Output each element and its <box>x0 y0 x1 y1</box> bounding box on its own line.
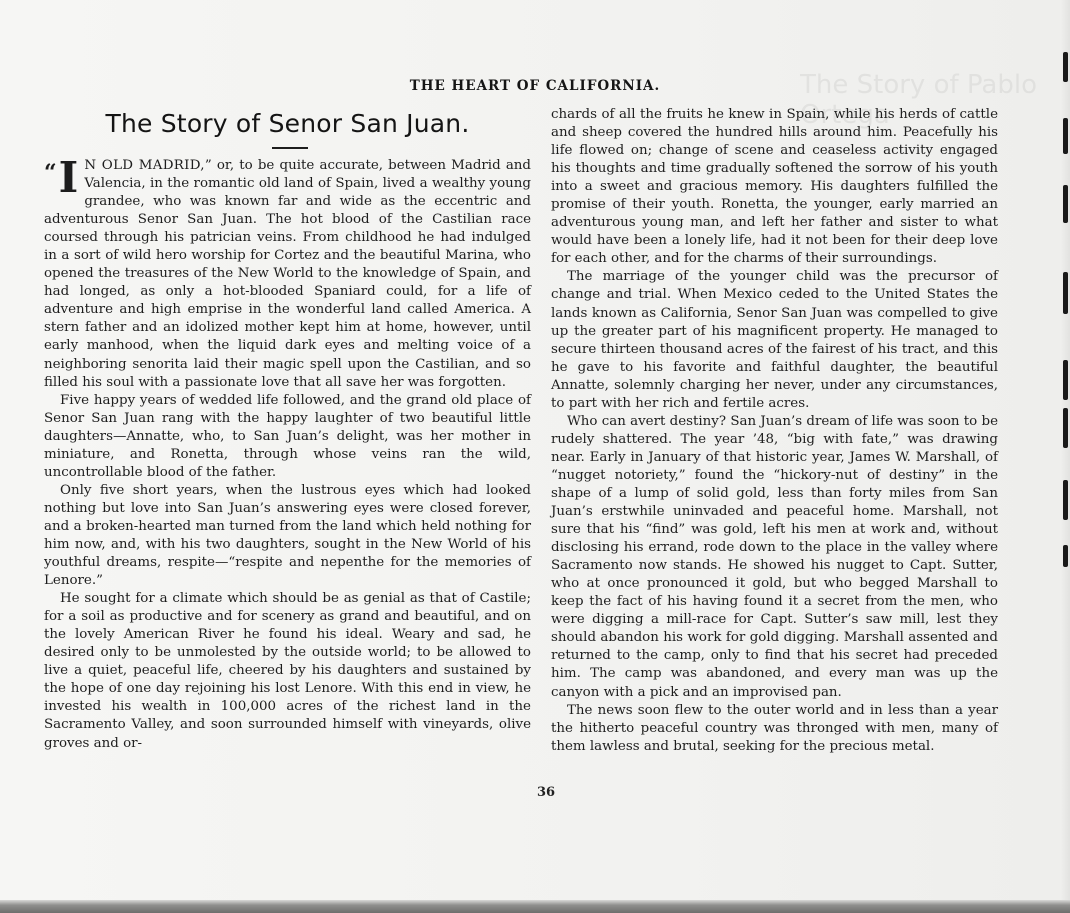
page-bottom-edge <box>0 900 1070 913</box>
page-number: 36 <box>0 785 1070 800</box>
binding-mark <box>1063 480 1068 520</box>
running-head: THE HEART OF CALIFORNIA. <box>0 78 1070 94</box>
book-page: The Story of Pablo Ortega THE HEART OF C… <box>0 0 1070 900</box>
binding-mark <box>1063 185 1068 223</box>
drop-cap: I <box>59 158 79 198</box>
paragraph: Five happy years of wedded life followed… <box>44 392 531 482</box>
paragraph: He sought for a climate which should be … <box>44 590 531 752</box>
binding-mark <box>1063 545 1068 567</box>
lead-caps: N OLD MADRID, <box>84 158 205 173</box>
binding-mark <box>1063 408 1068 448</box>
binding-mark <box>1063 118 1068 154</box>
article-title: The Story of Senor San Juan. <box>44 108 531 140</box>
open-quote-mark: “ <box>44 162 57 184</box>
paragraph-continuation: chards of all the fruits he knew in Spai… <box>551 106 998 268</box>
opening-text: ” or, to be quite accurate, between Madr… <box>44 158 531 390</box>
opening-paragraph: “ I N OLD MADRID,” or, to be quite accur… <box>44 157 531 392</box>
left-column: The Story of Senor San Juan. “ I N OLD M… <box>44 105 531 753</box>
binding-mark <box>1063 52 1068 82</box>
page-right-edge <box>1060 0 1070 900</box>
right-column: chards of all the fruits he knew in Spai… <box>551 106 998 756</box>
binding-mark <box>1063 360 1068 400</box>
paragraph: Only five short years, when the lustrous… <box>44 482 531 590</box>
binding-mark <box>1063 272 1068 314</box>
paragraph: The news soon flew to the outer world an… <box>551 702 998 756</box>
paragraph: The marriage of the younger child was th… <box>551 268 998 412</box>
paragraph: Who can avert destiny? San Juan’s dream … <box>551 413 998 702</box>
title-rule <box>272 147 308 149</box>
drop-cap-group: “ I <box>44 158 78 200</box>
